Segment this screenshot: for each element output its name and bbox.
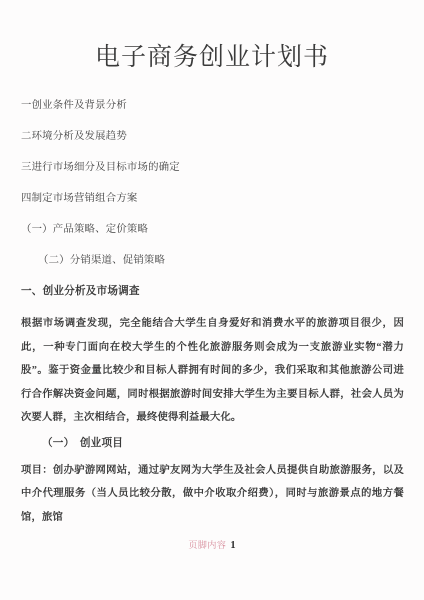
- toc-item-6: （二）分销渠道、促销策略: [21, 255, 404, 267]
- document-body: 一创业条件及背景分析 二环境分析及发展趋势 三进行市场细分及目标市场的确定 四制…: [0, 100, 424, 529]
- page-number: 1: [230, 540, 235, 551]
- footer-label: 页脚内容: [188, 540, 226, 550]
- toc-item-2: 二环境分析及发展趋势: [21, 131, 404, 143]
- toc-item-3: 三进行市场细分及目标市场的确定: [21, 162, 404, 174]
- table-of-contents: 一创业条件及背景分析 二环境分析及发展趋势 三进行市场细分及目标市场的确定 四制…: [21, 100, 404, 267]
- section-heading: 一、创业分析及市场调查: [21, 286, 404, 298]
- document-page: 电子商务创业计划书 一创业条件及背景分析 二环境分析及发展趋势 三进行市场细分及…: [0, 0, 424, 600]
- paragraph: 根据市场调查发现，完全能结合大学生自身爱好和消费水平的旅游项目很少，因此，一种专…: [21, 312, 404, 430]
- toc-item-4: 四制定市场营销组合方案: [21, 193, 404, 205]
- toc-item-1: 一创业条件及背景分析: [21, 100, 404, 112]
- paragraph: 项目：创办驴游网网站，通过驴友网为大学生及社会人员提供自助旅游服务，以及中介代理…: [21, 459, 404, 530]
- subsection-heading: （一） 创业项目: [21, 437, 404, 450]
- toc-item-5: （一）产品策略、定价策略: [21, 224, 404, 236]
- document-title: 电子商务创业计划书: [0, 0, 424, 74]
- page-footer: 页脚内容1: [0, 537, 424, 552]
